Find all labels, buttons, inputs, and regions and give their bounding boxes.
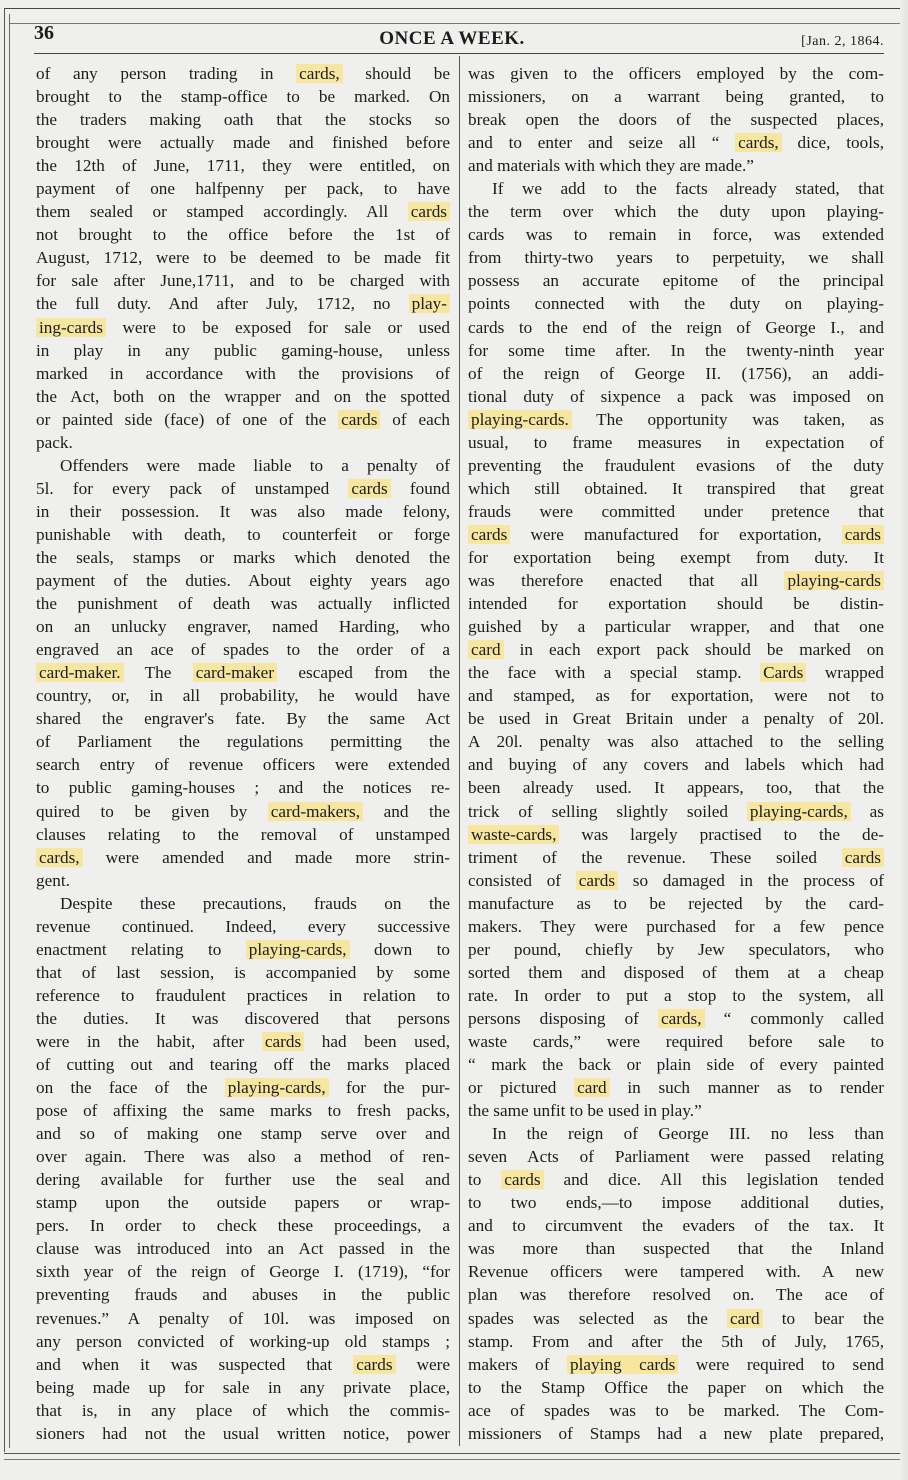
text-line: waste-cards, was largely practised to th… [468,823,884,846]
text-line: preventing frauds and abuses in the publ… [36,1283,450,1306]
text-line: for some time after. In the twenty-ninth… [468,339,884,362]
text-line: or pictured card in such manner as to re… [468,1076,884,1099]
scanned-page: 36 ONCE A WEEK. [Jan. 2, 1864. of any pe… [0,0,908,1480]
text-line: and stamped, as for exportation, were no… [468,684,884,707]
text-line: from thirty-two years to perpetuity, we … [468,246,884,269]
text-line: triment of the revenue. These soiled car… [468,846,884,869]
text-line: reference to fraudulent practices in rel… [36,984,450,1007]
text-line: payment of one halfpenny per pack, to ha… [36,177,450,200]
search-highlight: card [574,1078,610,1097]
search-highlight: play- [409,294,450,313]
text-line: tional duty of sixpence a pack was impos… [468,385,884,408]
text-line: the traders making oath that the stocks … [36,108,450,131]
text-line: cards were manufactured for exportation,… [468,523,884,546]
search-highlight: card-maker. [36,663,124,682]
search-highlight: cards [348,479,390,498]
search-highlight: ing-cards [36,318,106,337]
issue-date: [Jan. 2, 1864. [801,34,884,50]
column-divider [459,56,460,1446]
search-highlight: Cards [760,663,806,682]
text-line: pose of affixing the same marks to fresh… [36,1099,450,1122]
text-line: points connected with the duty on playin… [468,292,884,315]
page-edge-shadow [900,0,908,1480]
text-line: consisted of cards so damaged in the pro… [468,869,884,892]
text-line: cards to the end of the reign of George … [468,316,884,339]
text-line: and to enter and seize all “ cards, dice… [468,131,884,154]
text-line: search entry of revenue officers were ex… [36,753,450,776]
text-line: was more than suspected that the Inland [468,1237,884,1260]
search-highlight: card [468,640,504,659]
search-highlight: card-maker [193,663,277,682]
text-line: guished by a particular wrapper, and tha… [468,615,884,638]
search-highlight: playing-cards [784,571,884,590]
text-line: cards, were amended and made more strin- [36,846,450,869]
search-highlight: cards [408,202,450,221]
text-line: frauds were committed under pretence tha… [468,500,884,523]
search-highlight: cards [576,871,618,890]
text-line: in their possession. It was also made fe… [36,500,450,523]
search-highlight: playing-cards. [468,410,572,429]
text-line: ing-cards were to be exposed for sale or… [36,316,450,339]
text-line: country, or, in all probability, he woul… [36,684,450,707]
text-line: possess an accurate epitome of the princ… [468,269,884,292]
text-line: stamp upon the outside papers or wrap- [36,1191,450,1214]
text-line: be used in Great Britain under a penalty… [468,707,884,730]
text-line: on the face of the playing-cards, for th… [36,1076,450,1099]
text-line: for sale after June,1711, and to be char… [36,269,450,292]
text-line: In the reign of George III. no less than [468,1122,884,1145]
search-highlight: cards, [735,133,782,152]
text-line: or painted side (face) of one of the car… [36,408,450,431]
search-highlight: cards, [296,64,343,83]
search-highlight: playing-cards, [246,940,350,959]
running-title: ONCE A WEEK. [20,28,884,50]
text-line: to cards and dice. All this legislation … [468,1168,884,1191]
search-highlight: cards [842,848,884,867]
text-line: intended for exportation should be disti… [468,592,884,615]
frame-bottom-rule [4,1453,908,1454]
text-line: Offenders were made liable to a penalty … [36,454,450,477]
text-line: revenues.” A penalty of 10l. was imposed… [36,1307,450,1330]
text-line: clause was introduced into an Act passed… [36,1237,450,1260]
text-line: the 12th of June, 1711, they were entitl… [36,154,450,177]
text-line: makers of playing cards were required to… [468,1353,884,1376]
text-line: A 20l. penalty was also attached to the … [468,730,884,753]
search-highlight: playing cards [567,1355,678,1374]
text-line: in play in any public gaming-house, unle… [36,339,450,362]
text-line: playing-cards. The opportunity was taken… [468,408,884,431]
frame-left-rule [4,8,5,1452]
text-line: to the Stamp Office the paper on which t… [468,1376,884,1399]
text-line: sixth year of the reign of George I. (17… [36,1260,450,1283]
text-line: manufacture as to be rejected by the car… [468,892,884,915]
text-line: ace of spades was to be marked. The Com- [468,1399,884,1422]
text-line: persons disposing of cards, “ commonly c… [468,1007,884,1030]
text-line: were in the habit, after cards had been … [36,1030,450,1053]
text-line: missioners of Stamps had a new plate pre… [468,1422,884,1445]
search-highlight: card-makers, [268,802,363,821]
text-line: and materials with which they are made.” [468,154,884,177]
text-line: the same unfit to be used in play.” [468,1099,884,1122]
text-line: the term over which the duty upon playin… [468,200,884,223]
text-line: the seals, stamps or marks which denoted… [36,546,450,569]
text-line: the face with a special stamp. Cards wra… [468,661,884,684]
text-line: was therefore enacted that all playing-c… [468,569,884,592]
text-line: that of last session, is accompanied by … [36,961,450,984]
text-line: sorted them and disposed of them at a ch… [468,961,884,984]
text-line: stamp. From and after the 5th of July, 1… [468,1330,884,1353]
header-rule [34,53,884,54]
text-line: quired to be given by card-makers, and t… [36,800,450,823]
text-line: clauses relating to the removal of unsta… [36,823,450,846]
search-highlight: cards [338,410,380,429]
search-highlight: card [727,1309,763,1328]
text-line: them sealed or stamped accordingly. All … [36,200,450,223]
text-line: trick of selling slightly soiled playing… [468,800,884,823]
text-line: Despite these precautions, frauds on the [36,892,450,915]
frame-top-rule [4,8,908,9]
text-line: makers. They were purchased for a few pe… [468,915,884,938]
text-line: plan was therefore resolved on. The ace … [468,1283,884,1306]
text-line: “ mark the back or plain side of every p… [468,1053,884,1076]
text-line: gent. [36,869,450,892]
text-line: any person convicted of working-up old s… [36,1330,450,1353]
left-text-column: of any person trading in cards, should b… [36,62,450,1445]
text-line: sioners had not the usual written notice… [36,1422,450,1445]
text-line: per pound, chiefly by Jew speculators, w… [468,938,884,961]
text-line: not brought to the office before the 1st… [36,223,450,246]
text-line: to two ends,—to impose additional duties… [468,1191,884,1214]
text-line: missioners, on a warrant being granted, … [468,85,884,108]
text-line: enactment relating to playing-cards, dow… [36,938,450,961]
search-highlight: cards [468,525,510,544]
text-line: break open the doors of the suspected pl… [468,108,884,131]
text-line: rate. In order to put a stop to the syst… [468,984,884,1007]
text-line: punishable with death, to counterfeit or… [36,523,450,546]
text-line: shared the engraver's fate. By the same … [36,707,450,730]
text-line: dering available for further use the sea… [36,1168,450,1191]
frame-bottom-outer-rule [4,1459,908,1460]
text-line: been already used. It appears, too, that… [468,776,884,799]
text-line: If we add to the facts already stated, t… [468,177,884,200]
text-line: usual, to frame measures in expectation … [468,431,884,454]
search-highlight: cards, [36,848,83,867]
text-line: Revenue officers were tampered with. A n… [468,1260,884,1283]
text-line: and buying of any covers and labels whic… [468,753,884,776]
right-text-column: was given to the officers employed by th… [468,62,884,1445]
text-line: payment of the duties. About eighty year… [36,569,450,592]
text-line: pers. In order to check these proceeding… [36,1214,450,1237]
search-highlight: cards [262,1032,304,1051]
search-highlight: cards [842,525,884,544]
text-line: of Parliament the regulations permitting… [36,730,450,753]
search-highlight: cards [353,1355,395,1374]
text-line: of any person trading in cards, should b… [36,62,450,85]
text-line: being made up for sale in any private pl… [36,1376,450,1399]
text-line: waste cards,” were required before sale … [468,1030,884,1053]
text-line: and when it was suspected that cards wer… [36,1353,450,1376]
text-line: pack. [36,431,450,454]
text-line: engraved an ace of spades to the order o… [36,638,450,661]
text-line: of cutting out and tearing off the marks… [36,1053,450,1076]
search-highlight: cards [501,1170,543,1189]
text-line: revenue continued. Indeed, every success… [36,915,450,938]
text-line: cards was to remain in force, was extend… [468,223,884,246]
page-header: 36 ONCE A WEEK. [Jan. 2, 1864. [20,20,884,50]
text-line: spades was selected as the card to bear … [468,1307,884,1330]
text-line: seven Acts of Parliament were passed rel… [468,1145,884,1168]
text-line: the punishment of death was actually inf… [36,592,450,615]
text-line: was given to the officers employed by th… [468,62,884,85]
text-line: card-maker. The card-maker escaped from … [36,661,450,684]
text-line: over again. There was also a method of r… [36,1145,450,1168]
text-line: 5l. for every pack of unstamped cards fo… [36,477,450,500]
text-line: and to circumvent the evaders of the tax… [468,1214,884,1237]
search-highlight: playing-cards, [747,802,851,821]
text-line: on an unlucky engraver, named Harding, w… [36,615,450,638]
text-line: the duties. It was discovered that perso… [36,1007,450,1030]
text-line: card in each export pack should be marke… [468,638,884,661]
search-highlight: playing-cards, [225,1078,329,1097]
text-line: August, 1712, were to be deemed to be ma… [36,246,450,269]
text-line: brought to the stamp-office to be marked… [36,85,450,108]
text-line: brought were actually made and finished … [36,131,450,154]
text-line: for exportation being exempt from duty. … [468,546,884,569]
frame-left-inner-rule [9,14,10,1448]
text-line: of the reign of George II. (1756), an ad… [468,362,884,385]
text-line: marked in accordance with the provisions… [36,362,450,385]
text-line: and so of making one stamp serve over an… [36,1122,450,1145]
text-line: that is, in any place of which the commi… [36,1399,450,1422]
search-highlight: waste-cards, [468,825,559,844]
text-line: the full duty. And after July, 1712, no … [36,292,450,315]
search-highlight: cards, [658,1009,705,1028]
text-line: preventing the fraudulent evasions of th… [468,454,884,477]
text-line: which still obtained. It transpired that… [468,477,884,500]
text-line: to public gaming-houses ; and the notice… [36,776,450,799]
text-line: the Act, both on the wrapper and on the … [36,385,450,408]
